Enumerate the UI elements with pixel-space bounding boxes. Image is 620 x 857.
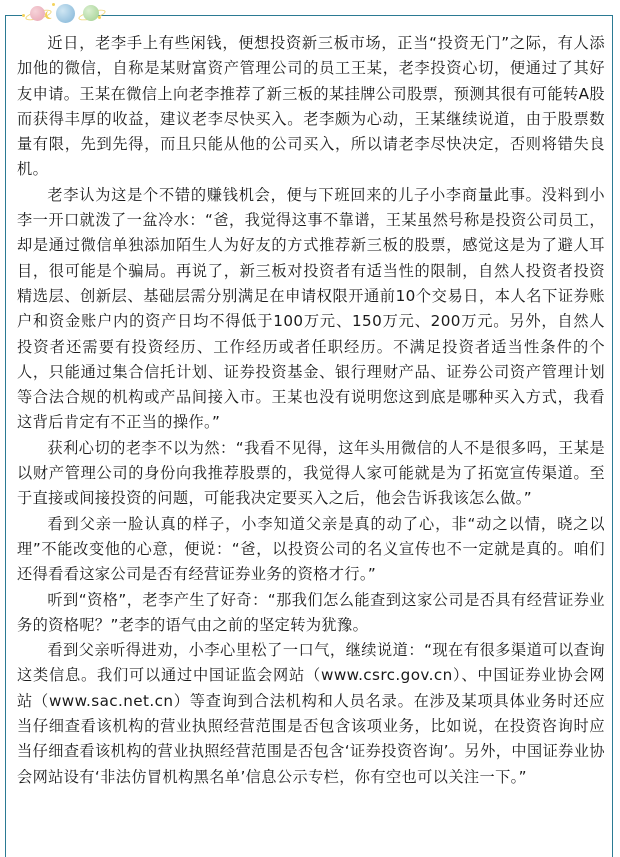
paragraph: 看到父亲一脸认真的样子，小李知道父亲是真的动了心，非“动之以情，晓之以理”不能改… bbox=[17, 512, 605, 588]
blue-planet-icon bbox=[56, 4, 75, 23]
star-dot-icon bbox=[22, 14, 25, 17]
frame-border-left bbox=[5, 15, 6, 857]
pink-planet-icon bbox=[30, 6, 45, 21]
paragraph: 获利心切的老李不以为然：“我看不见得，这年头用微信的人不是很多吗，王某是以财产管… bbox=[17, 436, 605, 512]
star-dot-icon bbox=[98, 16, 101, 19]
green-planet-icon bbox=[83, 5, 99, 21]
paragraph: 老李认为这是个不错的赚钱机会，便与下班回来的儿子小李商量此事。没料到小李一开口就… bbox=[17, 183, 605, 436]
star-dot-icon bbox=[52, 3, 55, 6]
moon-icon bbox=[47, 10, 55, 18]
frame-border-top-right bbox=[98, 15, 613, 16]
planets-decoration bbox=[22, 2, 100, 26]
paragraph: 近日，老李手上有些闲钱，便想投资新三板市场，正当“投资无门”之际，有人添加他的微… bbox=[17, 31, 605, 183]
paragraph: 看到父亲听得进劝，小李心里松了一口气，继续说道：“现在有很多渠道可以查询这类信息… bbox=[17, 638, 605, 790]
frame-border-right bbox=[612, 15, 613, 857]
paragraph: 听到“资格”，老李产生了好奇：“那我们怎么能查到这家公司是否具有经营证券业务的资… bbox=[17, 588, 605, 639]
article-body: 近日，老李手上有些闲钱，便想投资新三板市场，正当“投资无门”之际，有人添加他的微… bbox=[17, 31, 605, 790]
